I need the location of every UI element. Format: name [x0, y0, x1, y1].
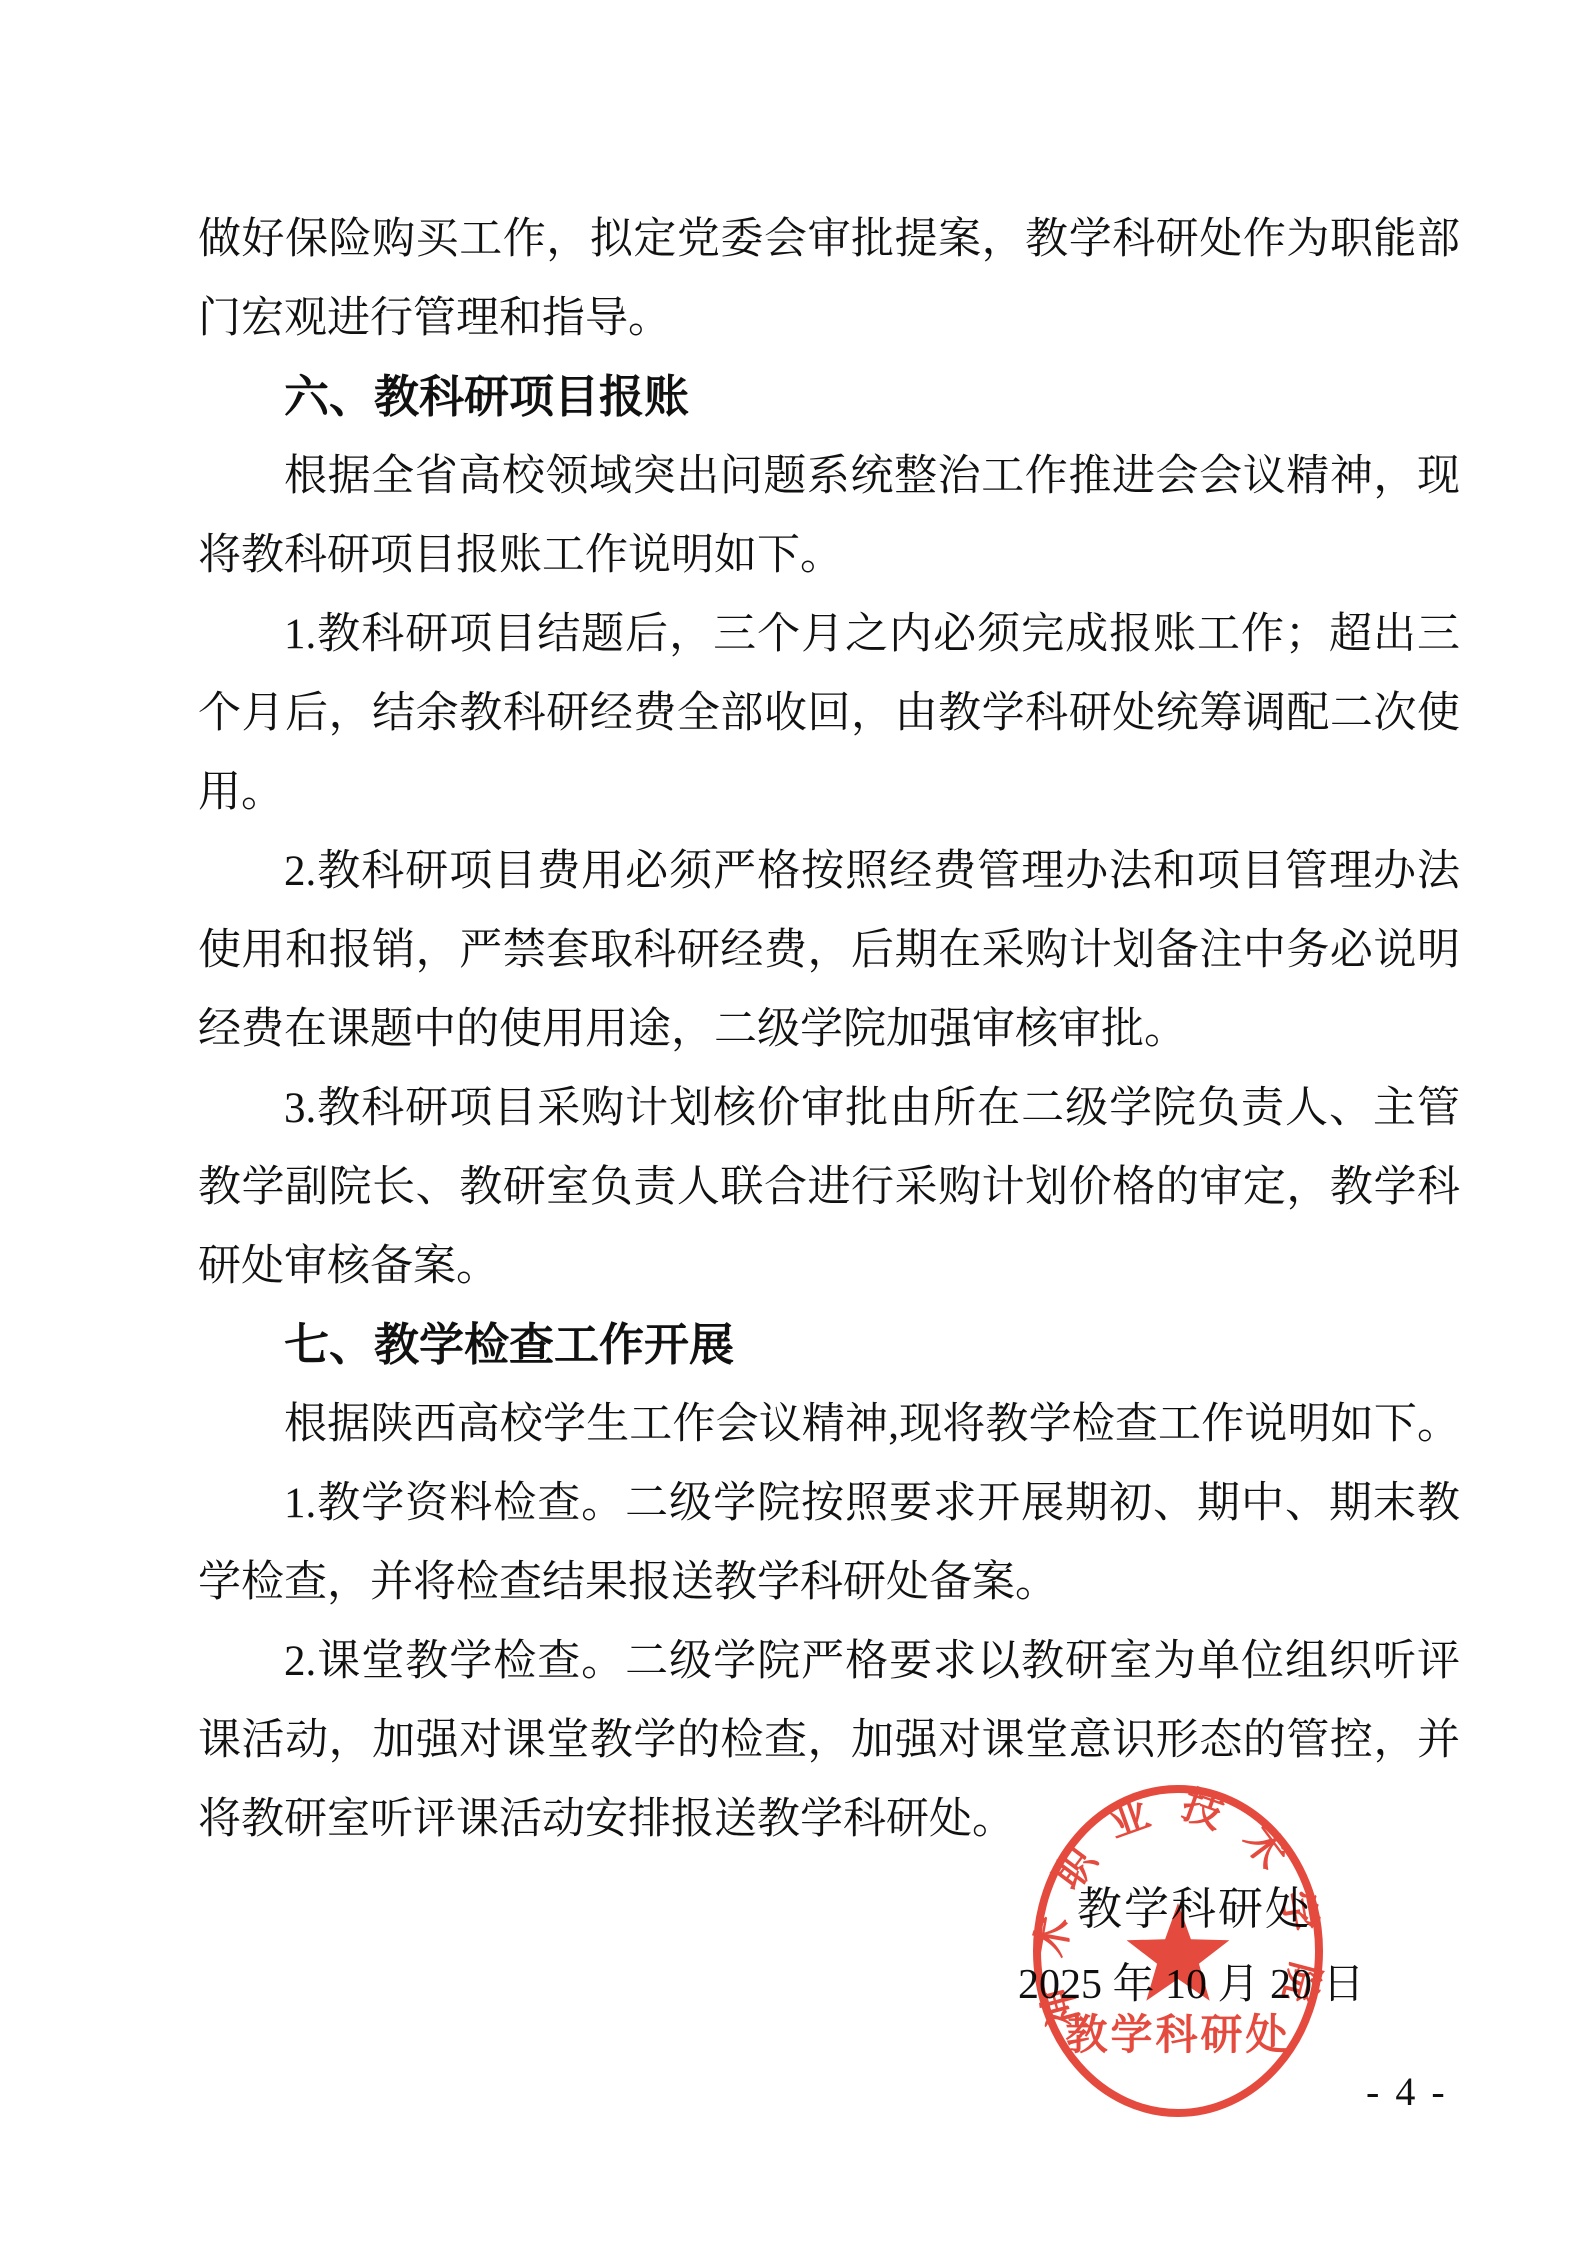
seal-banner-text: 教学科研处: [1065, 2012, 1290, 2059]
body-line: 根据陕西高校学生工作会议精神,现将教学检查工作说明如下。: [198, 1385, 1460, 1464]
body-line: 根据全省高校领域突出问题系统整治工作推进会会议精神，现: [198, 437, 1460, 516]
body-line: 经费在课题中的使用用途，二级学院加强审核审批。: [198, 990, 1460, 1069]
body-line: 将教科研项目报账工作说明如下。: [198, 516, 1460, 595]
body-line: 使用和报销，严禁套取科研经费，后期在采购计划备注中务必说明: [198, 911, 1460, 990]
body-line: 学检查，并将检查结果报送教学科研处备案。: [198, 1543, 1460, 1622]
body-line: 2.教科研项目费用必须严格按照经费管理办法和项目管理办法: [198, 832, 1460, 911]
signature-department: 教学科研处: [1077, 1872, 1312, 1937]
body-line: 个月后，结余教科研经费全部收回，由教学科研处统筹调配二次使: [198, 674, 1460, 753]
document-page: 做好保险购买工作，拟定党委会审批提案，教学科研处作为职能部 门宏观进行管理和指导…: [0, 0, 1586, 2245]
body-line: 教学副院长、教研室负责人联合进行采购计划价格的审定，教学科: [198, 1148, 1460, 1227]
signature-date: 2025 年 10 月 20 日: [1018, 1951, 1365, 2011]
section-heading: 七、教学检查工作开展: [198, 1306, 1460, 1385]
body-line: 2.课堂教学检查。二级学院严格要求以教研室为单位组织听评: [198, 1622, 1460, 1701]
section-heading: 六、教科研项目报账: [198, 358, 1460, 437]
body-line: 将教研室听评课活动安排报送教学科研处。: [198, 1780, 1460, 1859]
body-line: 做好保险购买工作，拟定党委会审批提案，教学科研处作为职能部: [198, 200, 1460, 279]
body-line: 1.教学资料检查。二级学院按照要求开展期初、期中、期末教: [198, 1464, 1460, 1543]
body-line: 门宏观进行管理和指导。: [198, 279, 1460, 358]
page-number: - 4 -: [1366, 2068, 1448, 2115]
body-line: 研处审核备案。: [198, 1227, 1460, 1306]
body-line: 1.教科研项目结题后，三个月之内必须完成报账工作；超出三: [198, 595, 1460, 674]
body-line: 3.教科研项目采购计划核价审批由所在二级学院负责人、主管: [198, 1069, 1460, 1148]
body-line: 用。: [198, 753, 1460, 832]
body-line: 课活动，加强对课堂教学的检查，加强对课堂意识形态的管控，并: [198, 1701, 1460, 1780]
document-body: 做好保险购买工作，拟定党委会审批提案，教学科研处作为职能部 门宏观进行管理和指导…: [198, 200, 1460, 1859]
